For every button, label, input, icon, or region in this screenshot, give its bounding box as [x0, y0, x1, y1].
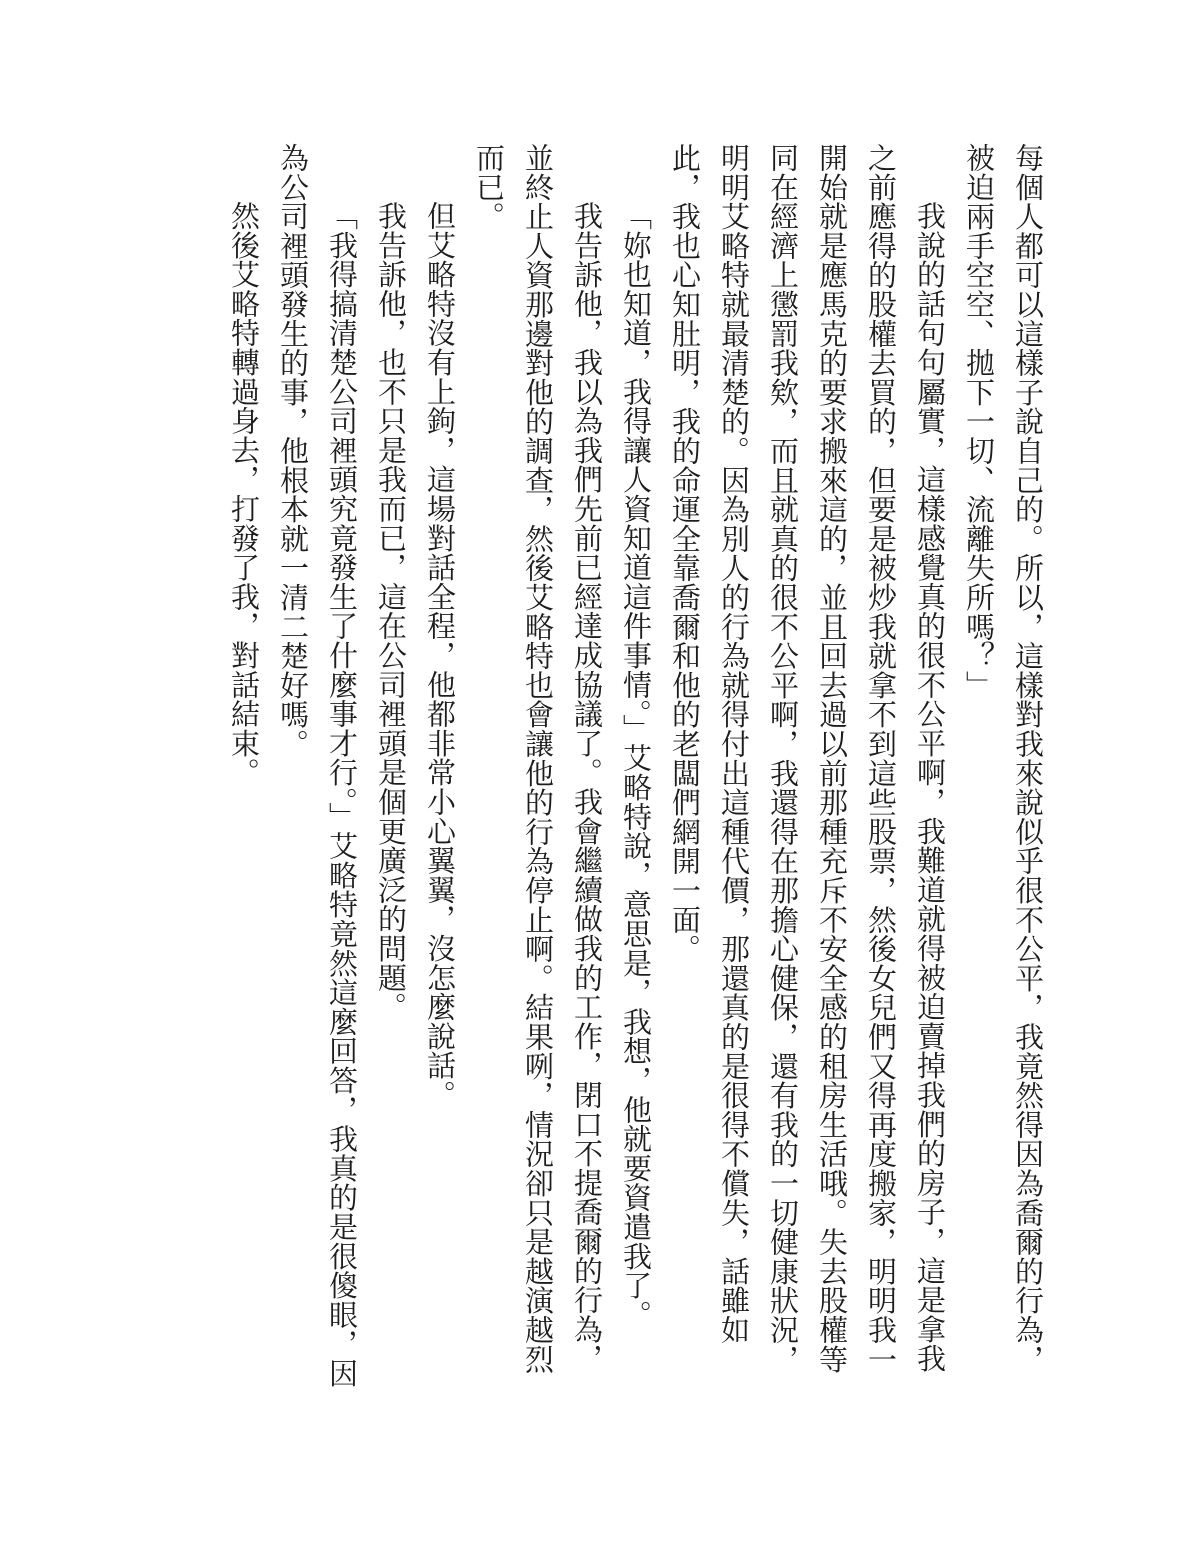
book-page: 每個人都可以這樣子說自己的。所以，這樣對我來說似乎很不公平，我竟然得因為喬爾的行…	[0, 0, 1200, 1554]
paragraph-quote-continuation: 每個人都可以這樣子說自己的。所以，這樣對我來說似乎很不公平，我竟然得因為喬爾的行…	[954, 143, 1052, 1393]
paragraph-narration: 我告訴他，也不只是我而已，這在公司裡頭是個更廣泛的問題。	[366, 143, 415, 1393]
paragraph-narration: 我說的話句句屬實，這樣感覺真的很不公平啊，我難道就得被迫賣掉我們的房子，這是拿我…	[660, 143, 954, 1393]
vertical-text-block: 每個人都可以這樣子說自己的。所以，這樣對我來說似乎很不公平，我竟然得因為喬爾的行…	[219, 143, 1052, 1393]
paragraph-dialogue-elliot: 「我得搞清楚公司裡頭究竟發生了什麼事才行。」艾略特竟然這麼回答，我真的是很傻眼，…	[268, 143, 366, 1393]
paragraph-narration: 但艾略特沒有上鉤，這場對話全程，他都非常小心翼翼，沒怎麼說話。	[415, 143, 464, 1393]
paragraph-dialogue-elliot: 「妳也知道，我得讓人資知道這件事情。」艾略特說，意思是，我想，他就要資遣我了。	[611, 143, 660, 1393]
paragraph-narration: 然後艾略特轉過身去，打發了我，對話結束。	[219, 143, 268, 1393]
paragraph-narration: 我告訴他，我以為我們先前已經達成協議了。我會繼續做我的工作，閉口不提喬爾的行為，…	[464, 143, 611, 1393]
